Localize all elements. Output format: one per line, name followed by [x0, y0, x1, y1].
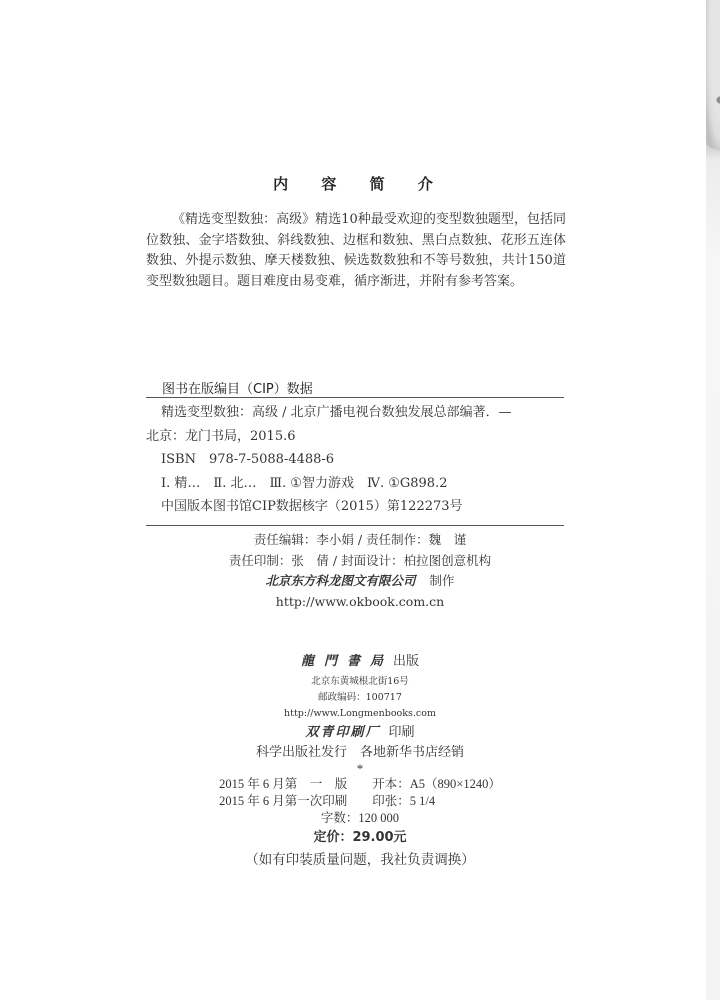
publisher-url: http://www.Longmenbooks.com	[0, 706, 720, 722]
cip-record-number: 中国版本图书馆CIP数据核字（2015）第122273号	[146, 495, 566, 519]
credits-block: 责任编辑：李小娟 / 责任制作：魏 谨 责任印制：张 倩 / 封面设计：柏拉图创…	[0, 530, 720, 612]
publisher-address: 北京东黄城根北街16号	[0, 674, 720, 690]
credits-print-design: 责任印制：张 倩 / 封面设计：柏拉图创意机构	[0, 551, 720, 572]
publisher-name: 龍門書局	[301, 654, 393, 669]
cip-block: 精选变型数独：高级 / 北京广播电视台数独发展总部编著．— 北京：龙门书局，20…	[146, 401, 566, 519]
cip-bottom-rule	[146, 525, 564, 526]
edition-block: 2015 年 6 月第 一 版 开本：A5（890×1240） 2015 年 6…	[219, 776, 501, 810]
producer-url: http://www.okbook.com.cn	[0, 592, 720, 613]
publisher-block: 龍門書局出版 北京东黄城根北街16号 邮政编码：100717 http://ww…	[0, 648, 720, 744]
printer-role: 印刷	[389, 725, 415, 740]
printer-name: 双青印刷厂	[305, 725, 380, 740]
publisher-role: 出版	[393, 654, 419, 669]
edition-line: 2015 年 6 月第 一 版 开本：A5（890×1240）	[219, 776, 501, 793]
printing-line: 2015 年 6 月第一次印刷 印张：5 1/4	[219, 793, 501, 810]
credits-producer: 北京东方科龙图文有限公司制作	[0, 571, 720, 592]
intro-paragraph: 《精选变型数独：高级》精选10种最受欢迎的变型数独题型，包括同位数独、金字塔数独…	[146, 210, 566, 292]
flower-image-decoration	[706, 0, 720, 150]
price: 定价：29.00元	[0, 827, 720, 849]
cip-entry-line1: 精选变型数独：高级 / 北京广播电视台数独发展总部编著．—	[146, 401, 566, 425]
cip-isbn: ISBN 978-7-5088-4488-6	[146, 448, 566, 472]
distribution-line: 科学出版社发行 各地新华书店经销	[0, 742, 720, 762]
credits-editors: 责任编辑：李小娟 / 责任制作：魏 谨	[0, 530, 720, 551]
publisher-line: 龍門書局出版	[0, 648, 720, 674]
publication-info: 科学出版社发行 各地新华书店经销 * 2015 年 6 月第 一 版 开本：A5…	[0, 742, 720, 871]
intro-title: 内 容 简 介	[0, 173, 720, 194]
word-count: 字数：120 000	[0, 810, 720, 827]
producer-company: 北京东方科龙图文有限公司	[265, 573, 415, 588]
printer-line: 双青印刷厂印刷	[0, 722, 720, 744]
cip-heading: 图书在版编目（CIP）数据	[162, 378, 313, 397]
cip-entry-line2: 北京：龙门书局，2015.6	[146, 425, 566, 449]
intro-section: 《精选变型数独：高级》精选10种最受欢迎的变型数独题型，包括同位数独、金字塔数独…	[146, 210, 566, 292]
quality-note: （如有印装质量问题，我社负责调换）	[0, 849, 720, 871]
cip-classification: Ⅰ. 精… Ⅱ. 北… Ⅲ. ①智力游戏 Ⅳ. ①G898.2	[146, 472, 566, 496]
publisher-postcode: 邮政编码：100717	[0, 690, 720, 706]
separator-asterisk: *	[0, 762, 720, 776]
cip-top-rule	[146, 397, 564, 398]
producer-role: 制作	[430, 573, 455, 588]
